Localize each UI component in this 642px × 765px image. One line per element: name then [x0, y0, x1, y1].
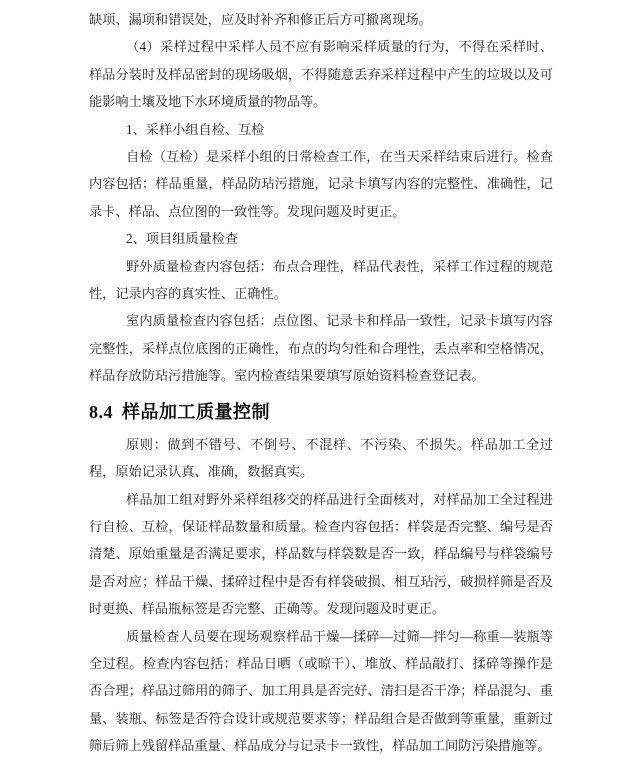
paragraph-indoor-check: 室内质量检查内容包括：点位图、记录卡和样品一致性，记录卡填写内容完整性，采样点位… [89, 307, 553, 389]
paragraph-field-check: 野外质量检查内容包括：布点合理性，样品代表性，采样工作过程的规范性，记录内容的真… [89, 253, 553, 308]
subheading-self-check: 1、采样小组自检、互检 [89, 116, 553, 143]
subheading-project-group-check: 2、项目组质量检查 [89, 225, 553, 252]
paragraph-principle: 原则：做到不错号、不倒号、不混样、不污染、不损失。样品加工全过程，原始记录认真、… [89, 431, 553, 486]
document-page: 缺项、漏项和错误处，应及时补齐和修正后方可撤离现场。 （4）采样过程中采样人员不… [0, 0, 642, 765]
section-number: 8.4 [89, 402, 113, 422]
paragraph-processing-check: 样品加工组对野外采样组移交的样品进行全面核对，对样品加工全过程进行自检、互检，保… [89, 486, 553, 623]
section-title: 样品加工质量控制 [122, 402, 270, 422]
paragraph-self-check-content: 自检（互检）是采样小组的日常检查工作，在当天采样结束后进行。检查内容包括：样品重… [89, 143, 553, 225]
paragraph-sampling-behavior: （4）采样过程中采样人员不应有影响采样质量的行为，不得在采样时、样品分装时及样品… [89, 33, 553, 115]
paragraph-continuation: 缺项、漏项和错误处，应及时补齐和修正后方可撤离现场。 [89, 6, 553, 33]
section-heading-8-4: 8.4样品加工质量控制 [89, 400, 553, 425]
paragraph-onsite-observation: 质量检查人员要在现场观察样品干燥—揉碎—过筛—拌匀—称重—装瓶等全过程。检查内容… [89, 623, 553, 760]
page-content: 缺项、漏项和错误处，应及时补齐和修正后方可撤离现场。 （4）采样过程中采样人员不… [89, 6, 553, 760]
